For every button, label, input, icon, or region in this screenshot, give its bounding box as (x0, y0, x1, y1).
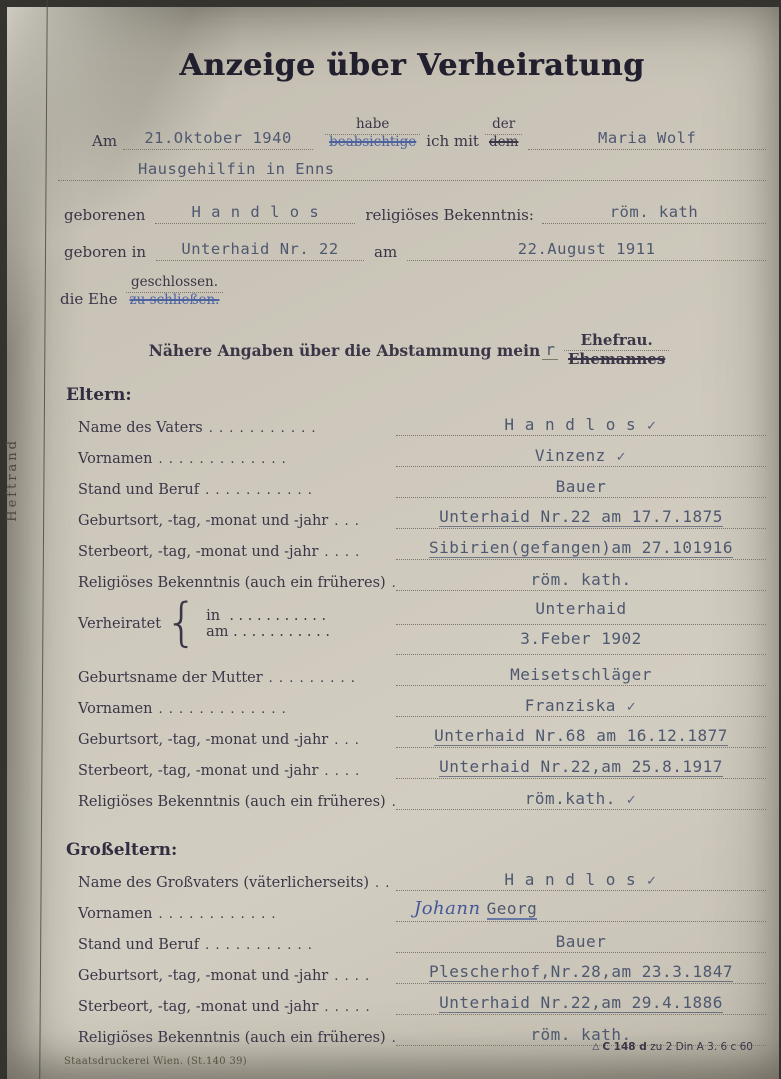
ich-mit-label: ich mit (426, 132, 479, 150)
form-code-bold: C 148 d (602, 1041, 646, 1053)
intro-line-4: geboren in Unterhaid Nr. 22 am 22.August… (58, 240, 766, 261)
form-title: Anzeige über Verheiratung (58, 48, 766, 83)
vater-name-label: Name des Vaters (78, 420, 203, 436)
grossvater-name-value: H a n d l o s✓ (396, 870, 766, 891)
mutter-vornamen-label: Vornamen (78, 701, 152, 717)
vater-vornamen-label: Vornamen (78, 451, 152, 467)
pencil-checkmark: ✓ (626, 793, 637, 808)
leader-dots: . . . . . . . . . . . . (158, 907, 276, 922)
grossvater-vornamen-label: Vornamen (78, 906, 152, 922)
mutter-geburtsort-label: Geburtsort, -tag, -monat und -jahr (78, 732, 328, 748)
leader-dots: . . . . . (324, 1000, 370, 1015)
mutter-vornamen-value: Franziska✓ (396, 696, 766, 717)
mutter-name-value: Meisetschläger (396, 665, 766, 686)
die-ehe-label: die Ehe (60, 290, 118, 308)
vater-beruf-value: Bauer (396, 477, 766, 498)
verheiratet-am-value: 3.Feber 1902 (396, 625, 766, 655)
geborenen-label: geborenen (64, 206, 145, 224)
printer-imprint: Staatsdruckerei Wien. (St.140 39) (64, 1056, 247, 1067)
field-row-mutter-geburtsort: Geburtsort, -tag, -monat und -jahr. . . … (58, 717, 766, 748)
leader-dots: . . . (334, 733, 360, 748)
field-row-grossvater-beruf: Stand und Beruf. . . . . . . . . . . Bau… (58, 922, 766, 953)
verheiratet-label: Verheiratet (78, 616, 161, 632)
pencil-checkmark: ✓ (616, 450, 627, 465)
typed-suffix-r: r (542, 340, 558, 360)
marriage-date-field: 21.Oktober 1940 (123, 129, 313, 150)
mutter-geburtsort-value: Unterhaid Nr.68 am 16.12.1877 (396, 726, 766, 748)
grossvater-beruf-value: Bauer (396, 932, 766, 953)
occupation-field: Hausgehilfin in Enns (58, 160, 766, 181)
field-row-vater-beruf: Stand und Beruf. . . . . . . . . . . Bau… (58, 467, 766, 498)
form-content: Anzeige über Verheiratung Am 21.Oktober … (58, 0, 766, 1046)
brace-glyph: { (165, 600, 198, 647)
intro-line-2: Hausgehilfin in Enns (58, 160, 766, 181)
field-row-grossvater-name: Name des Großvaters (väterlicherseits). … (58, 860, 766, 891)
triangle-mark: △ (592, 1042, 599, 1052)
leader-dots: . . . . . . . . . . . (209, 421, 317, 436)
verheiratet-am-label: am (206, 624, 228, 640)
grossvater-name-label: Name des Großvaters (väterlicherseits) (78, 875, 369, 891)
pencil-checkmark: ✓ (646, 419, 657, 434)
leader-dots: . . . . . . . . . (269, 671, 356, 686)
intro-line-5: die Ehe geschlossen. zu schließen. (58, 275, 766, 308)
grossvater-beruf-label: Stand und Beruf (78, 937, 199, 953)
field-row-mutter-sterbeort: Sterbeort, -tag, -monat und -jahr. . . .… (58, 748, 766, 779)
leader-dots: . . . . . . . . . . . (205, 938, 313, 953)
geboren-in-label: geboren in (64, 243, 146, 261)
field-row-grossvater-geburtsort: Geburtsort, -tag, -monat und -jahr. . . … (58, 953, 766, 984)
der-option: der (485, 117, 522, 135)
vater-geburtsort-value: Unterhaid Nr.22 am 17.7.1875 (396, 507, 766, 529)
geschlossen-option: geschlossen. (126, 275, 224, 293)
mutter-sterbeort-value: Unterhaid Nr.22,am 25.8.1917 (396, 757, 766, 779)
grossvater-geburtsort-value: Plescherhof,Nr.28,am 23.3.1847 (396, 962, 766, 984)
intro-line-3: geborenen H a n d l o s religiöses Beken… (58, 203, 766, 224)
vater-beruf-label: Stand und Beruf (78, 482, 199, 498)
leader-dots: . . . . . . . . . . . . . (158, 452, 286, 467)
binding-margin-label: Heftrand (5, 438, 20, 522)
field-row-mutter-name: Geburtsname der Mutter. . . . . . . . . … (58, 655, 766, 686)
vater-vornamen-value: Vinzenz✓ (396, 446, 766, 467)
birthdate-field: 22.August 1911 (407, 240, 766, 261)
am-label-2: am (374, 243, 397, 261)
grossvater-religion-label: Religiöses Bekenntnis (auch ein früheres… (78, 1030, 386, 1046)
document-photo: Heftrand Anzeige über Verheiratung Am 21… (0, 0, 781, 1079)
birthplace-field: Unterhaid Nr. 22 (156, 240, 364, 261)
religion-field: röm. kath (542, 203, 766, 224)
grossvater-geburtsort-label: Geburtsort, -tag, -monat und -jahr (78, 968, 328, 984)
pencil-checkmark: ✓ (626, 700, 637, 715)
am-label: Am (92, 132, 117, 150)
grossvater-sterbeort-label: Sterbeort, -tag, -monat und -jahr (78, 999, 318, 1015)
field-row-mutter-religion: Religiöses Bekenntnis (auch ein früheres… (58, 779, 766, 810)
vater-sterbeort-label: Sterbeort, -tag, -monat und -jahr (78, 544, 318, 560)
grosseltern-heading: Großeltern: (58, 840, 766, 860)
field-row-verheiratet: Verheiratet { in . . . . . . . . . . . a… (58, 593, 766, 655)
verheiratet-in-value: Unterhaid (396, 595, 766, 625)
der-dem-options: der dem (485, 117, 522, 150)
abstammung-heading-text: Nähere Angaben über die Abstammung mein (149, 341, 541, 360)
vater-name-value: H a n d l o s✓ (396, 415, 766, 436)
dem-option-struck: dem (485, 135, 522, 151)
form-code: △C 148 d zu 2 Din A 3. 6 c 60 (592, 1041, 753, 1053)
pencil-checkmark: ✓ (646, 874, 657, 889)
mutter-name-label: Geburtsname der Mutter (78, 670, 263, 686)
mutter-religion-label: Religiöses Bekenntnis (auch ein früheres… (78, 794, 386, 810)
form-code-rest: zu 2 Din A 3. 6 c 60 (650, 1041, 753, 1053)
leader-dots: . . . . . . . . . . . . . (158, 702, 286, 717)
vater-geburtsort-label: Geburtsort, -tag, -monat und -jahr (78, 513, 328, 529)
leader-dots: . . . . . . . . . . . (229, 608, 326, 624)
field-row-mutter-vornamen: Vornamen. . . . . . . . . . . . . Franzi… (58, 686, 766, 717)
field-row-grossvater-sterbeort: Sterbeort, -tag, -monat und -jahr. . . .… (58, 984, 766, 1015)
abstammung-heading: Nähere Angaben über die Abstammung mein … (58, 332, 766, 369)
field-row-vater-name: Name des Vaters. . . . . . . . . . . H a… (58, 405, 766, 436)
vater-sterbeort-value: Sibirien(gefangen)am 27.101916 (396, 538, 766, 560)
vater-religion-value: röm. kath. (396, 570, 766, 591)
religion-label: religiöses Bekenntnis: (365, 206, 534, 224)
leader-dots: . . . . . . . . . . . (233, 624, 330, 640)
habe-beabsichtige-options: habe beabsichtige (325, 117, 420, 150)
field-row-vater-geburtsort: Geburtsort, -tag, -monat und -jahr. . . … (58, 498, 766, 529)
mutter-sterbeort-label: Sterbeort, -tag, -monat und -jahr (78, 763, 318, 779)
habe-option: habe (325, 117, 420, 135)
grossvater-vornamen-value: JohannGeorg (396, 898, 766, 922)
eltern-heading: Eltern: (58, 385, 766, 405)
leader-dots: . . . . (334, 969, 370, 984)
zu-schliessen-option-struck: zu schließen. (126, 293, 224, 309)
ehefrau-ehemannes-options: Ehefrau. Ehemannes (564, 332, 669, 369)
verheiratet-in-label: in (206, 608, 220, 624)
grossvater-sterbeort-value: Unterhaid Nr.22,am 29.4.1886 (396, 993, 766, 1015)
ehefrau-option: Ehefrau. (564, 332, 669, 351)
leader-dots: . . . . (324, 545, 360, 560)
field-row-vater-vornamen: Vornamen. . . . . . . . . . . . . Vinzen… (58, 436, 766, 467)
mutter-religion-value: röm.kath.✓ (396, 789, 766, 810)
leader-dots: . . . . (324, 764, 360, 779)
vater-religion-label: Religiöses Bekenntnis (auch ein früheres… (78, 575, 386, 591)
handwritten-name: Johann (414, 898, 481, 919)
ehemannes-option-struck: Ehemannes (564, 351, 669, 368)
leader-dots: . . . (375, 876, 396, 891)
leader-dots: . . . . . . . . . . . (205, 483, 313, 498)
field-row-vater-sterbeort: Sterbeort, -tag, -monat und -jahr. . . .… (58, 529, 766, 560)
intro-line-1: Am 21.Oktober 1940 habe beabsichtige ich… (58, 117, 766, 150)
leader-dots: . . . (334, 514, 360, 529)
beabsichtige-option-struck: beabsichtige (325, 135, 420, 151)
field-row-grossvater-vornamen: Vornamen. . . . . . . . . . . . JohannGe… (58, 891, 766, 922)
spouse-name-field: Maria Wolf (528, 129, 766, 150)
maiden-name-field: H a n d l o s (155, 203, 355, 224)
field-row-vater-religion: Religiöses Bekenntnis (auch ein früheres… (58, 560, 766, 591)
geschlossen-options: geschlossen. zu schließen. (126, 275, 224, 308)
